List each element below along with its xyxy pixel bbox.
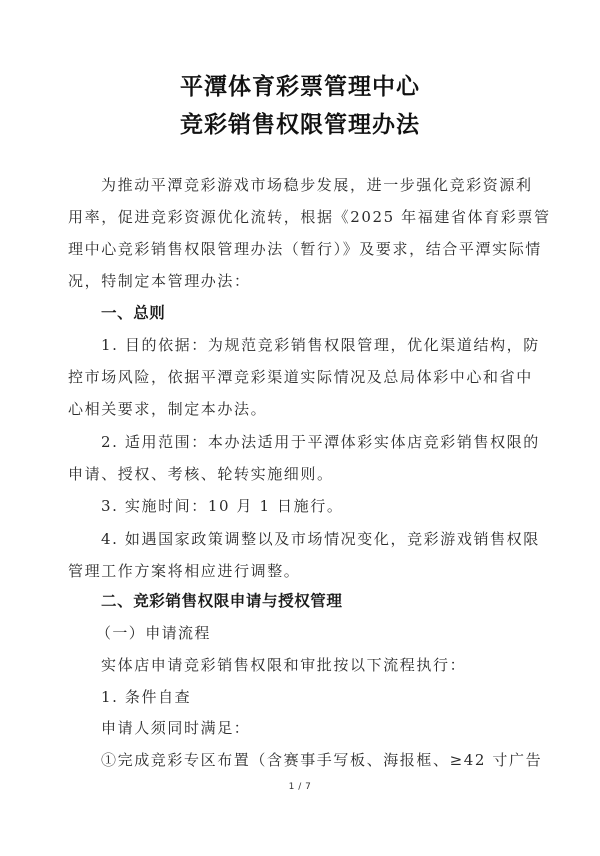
page-number: 1 / 7 bbox=[0, 782, 600, 792]
section-1-item-3-line-1: 3. 实施时间：10 月 1 日施行。 bbox=[101, 496, 571, 516]
section-1-item-2-line-2: 申请、授权、考核、轮转实施细则。 bbox=[68, 464, 538, 484]
section-1-heading: 一、总则 bbox=[101, 303, 571, 323]
section-2-heading: 二、竞彩销售权限申请与授权管理 bbox=[101, 591, 571, 611]
document-page: 平潭体育彩票管理中心 竞彩销售权限管理办法 为推动平潭竞彩游戏市场稳步发展，进一… bbox=[0, 0, 600, 856]
preamble-line-2: 用率，促进竞彩资源优化流转，根据《2025 年福建省体育彩票管 bbox=[68, 207, 538, 227]
step-1-intro: 申请人须同时满足： bbox=[101, 718, 571, 738]
step-1-title: 1. 条件自查 bbox=[101, 687, 571, 707]
section-1-item-1-line-1: 1. 目的依据：为规范竞彩销售权限管理，优化渠道结构，防 bbox=[101, 335, 571, 355]
section-1-item-1-line-3: 心相关要求，制定本办法。 bbox=[68, 399, 538, 419]
section-1-item-2-line-1: 2. 适用范围：本办法适用于平潭体彩实体店竞彩销售权限的 bbox=[101, 432, 571, 452]
section-1-item-4-line-1: 4. 如遇国家政策调整以及市场情况变化，竞彩游戏销售权限 bbox=[101, 529, 571, 549]
condition-1-partial: ①完成竞彩专区布置（含赛事手写板、海报框、≥42 寸广告 bbox=[101, 750, 571, 770]
section-1-item-1-line-2: 控市场风险，依据平潭竞彩渠道实际情况及总局体彩中心和省中 bbox=[68, 367, 538, 387]
subsection-1-intro: 实体店申请竞彩销售权限和审批按以下流程执行： bbox=[101, 655, 571, 675]
document-title-line-1: 平潭体育彩票管理中心 bbox=[0, 73, 600, 101]
preamble-line-1: 为推动平潭竞彩游戏市场稳步发展，进一步强化竞彩资源利 bbox=[101, 175, 571, 195]
preamble-line-4: 况，特制定本管理办法： bbox=[68, 271, 538, 291]
preamble-line-3: 理中心竞彩销售权限管理办法（暂行）》及要求，结合平潭实际情 bbox=[68, 239, 538, 259]
subsection-1-heading: （一）申请流程 bbox=[96, 623, 566, 643]
section-1-item-4-line-2: 管理工作方案将相应进行调整。 bbox=[68, 561, 538, 581]
document-title-line-2: 竞彩销售权限管理办法 bbox=[0, 111, 600, 139]
